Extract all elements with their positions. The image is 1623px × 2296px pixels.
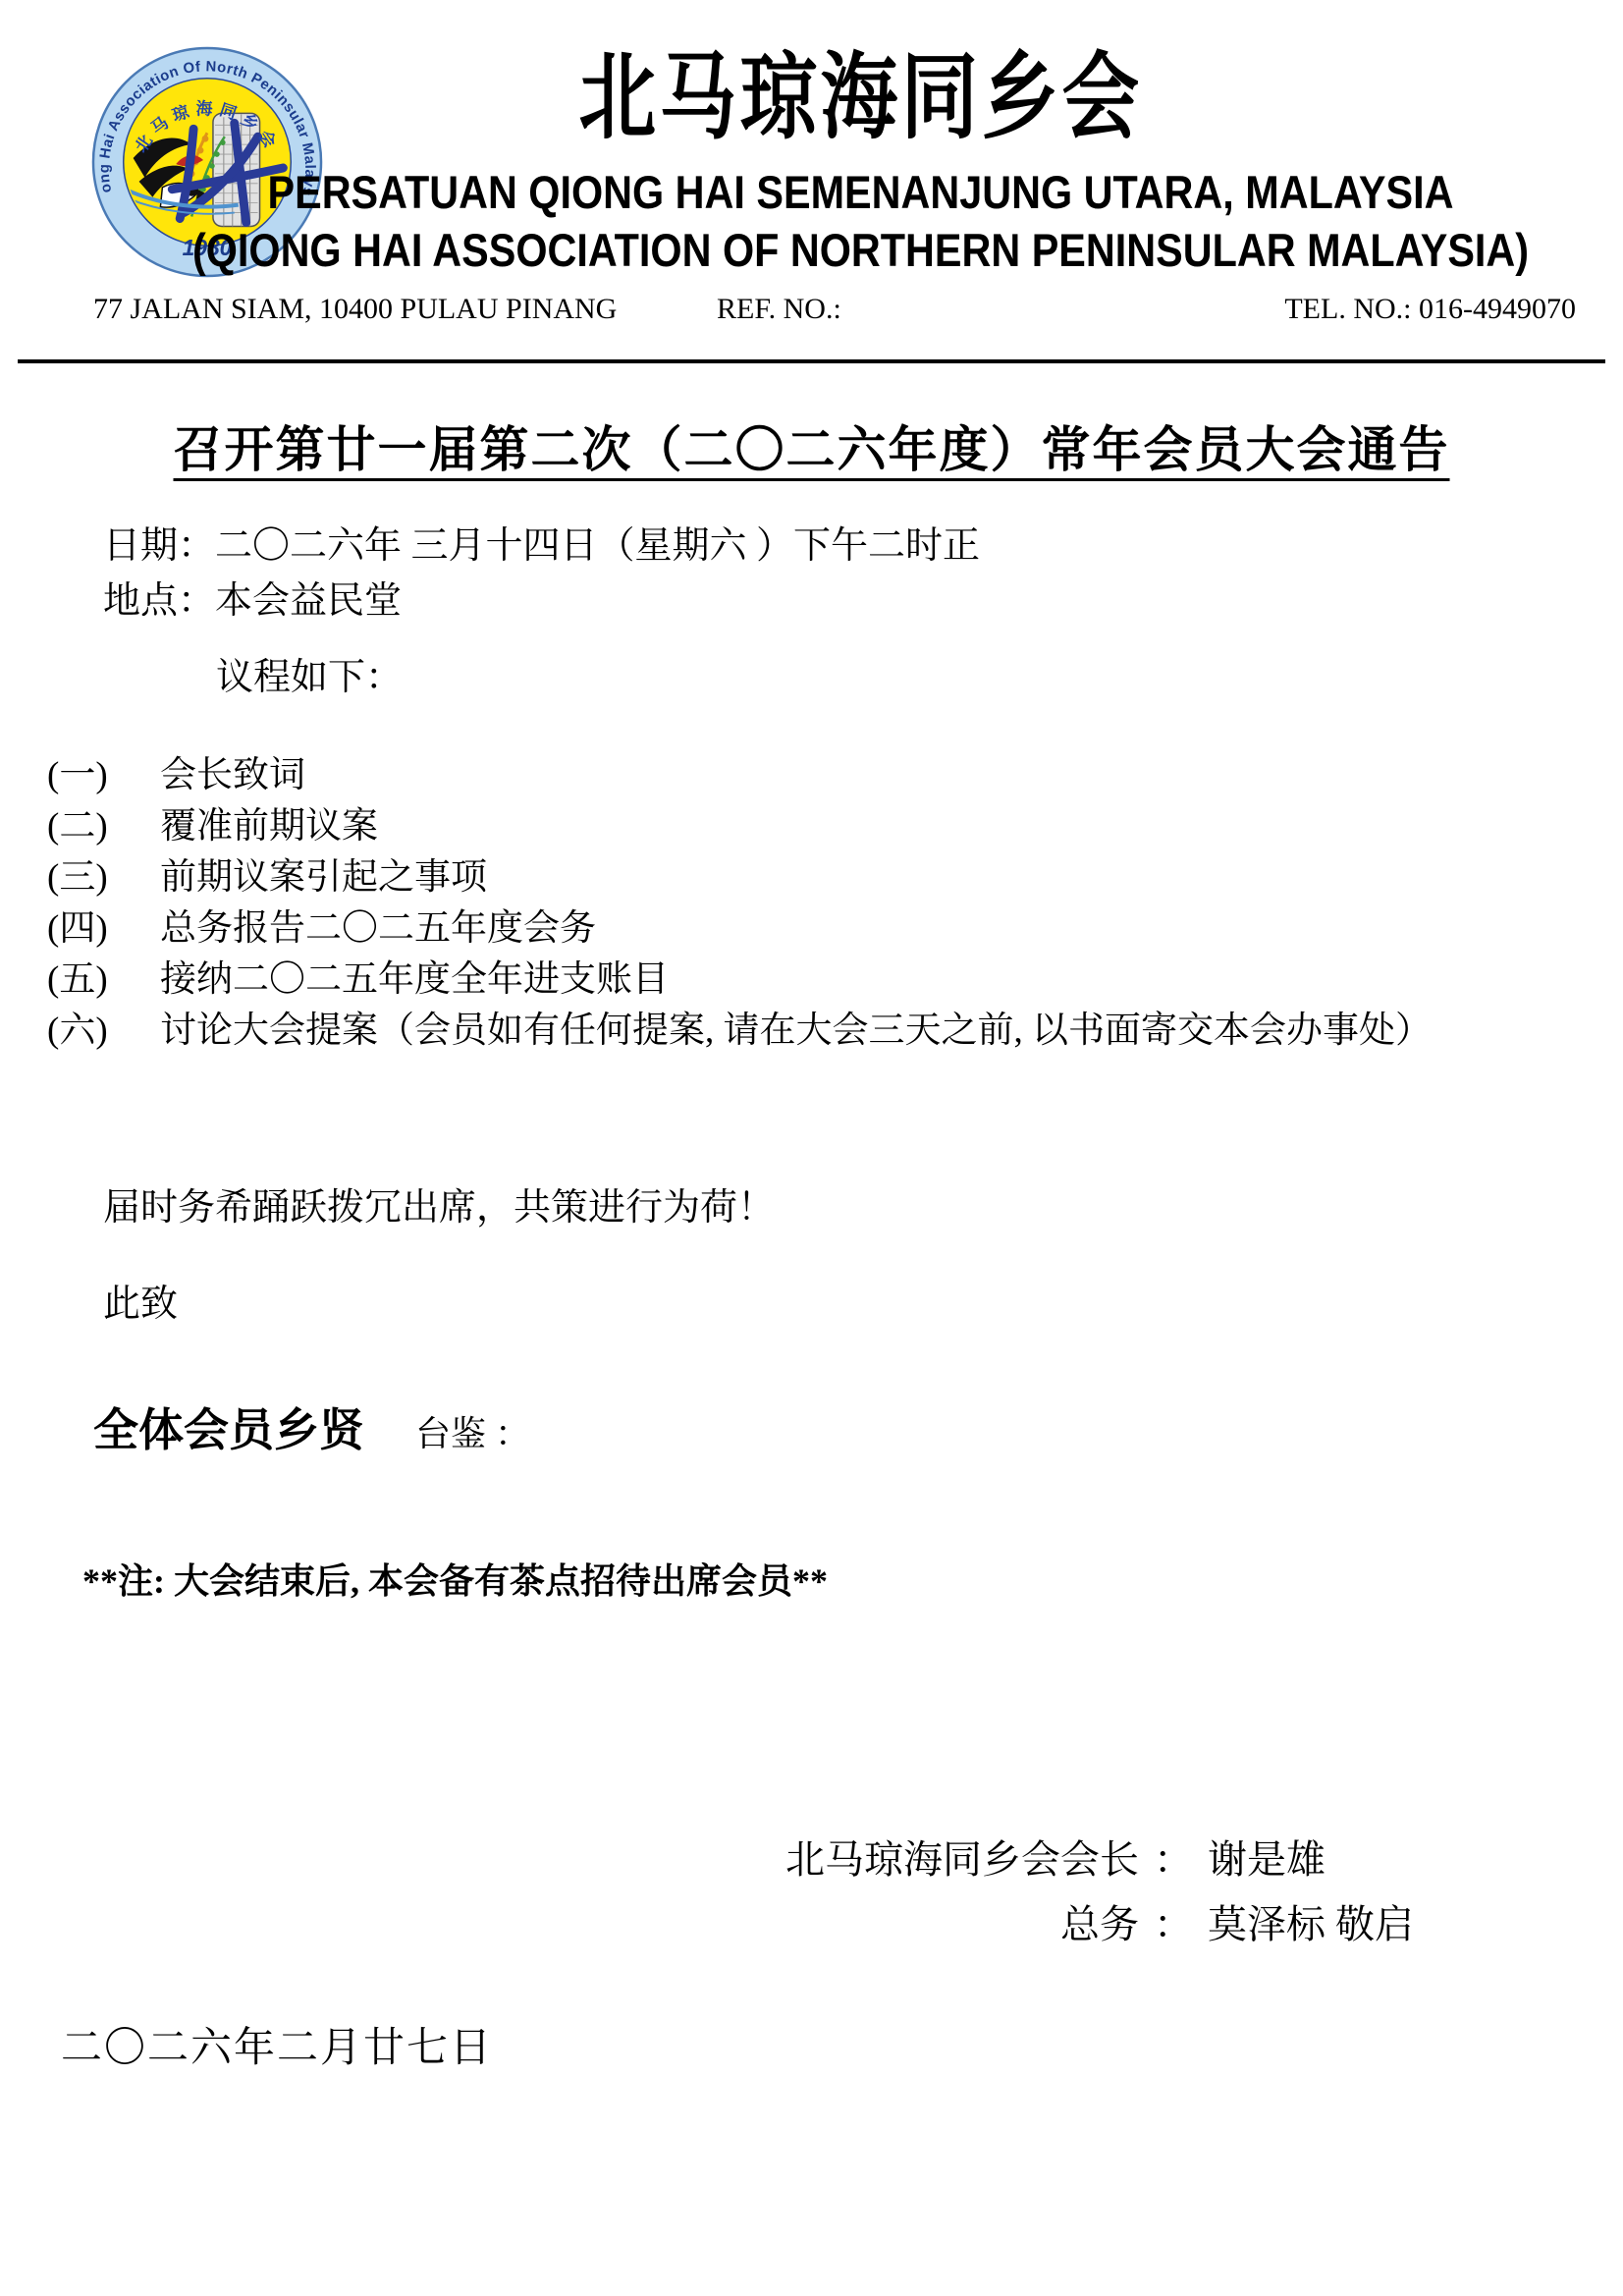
document-page: Qiong Hai Association Of North Peninsula… [0, 0, 1623, 2296]
addressee-suffix: 台鉴 ： [415, 1414, 530, 1453]
meeting-venue-line: 地点：本会益民堂 [103, 570, 980, 625]
signature-block: 北马琼海同乡会会长 ： 谢是雄 总务 ： 莫泽标 敬启 [687, 1829, 1414, 1958]
association-name-chinese: 北马琼海同乡会 [236, 39, 1486, 157]
agenda-heading: 议程如下： [216, 646, 403, 700]
meeting-meta: 日期：二〇二六年 三月十四日（星期六 ）下午二时正 地点：本会益民堂 [103, 515, 980, 625]
date-label: 日期： [103, 525, 215, 567]
signature-role: 北马琼海同乡会会长 [687, 1829, 1139, 1893]
signature-colon: ： [1139, 1893, 1208, 1958]
venue-label: 地点： [103, 580, 215, 622]
agenda-list: (一) 会长致词 (二) 覆准前期议案 (三) 前期议案引起之事项 (四) 总务… [47, 744, 1584, 1051]
agenda-item-text: 讨论大会提案（会员如有任何提案, 请在大会三天之前, 以书面寄交本会办事处） [160, 1000, 1432, 1051]
letterhead: 北马琼海同乡会 PERSATUAN QIONG HAI SEMENANJUNG … [98, 39, 1623, 273]
date-value: 二〇二六年 三月十四日（星期六 ）下午二时正 [215, 525, 980, 567]
agenda-item-text: 前期议案引起之事项 [160, 847, 487, 898]
addressee-line: 全体会员乡贤台鉴 ： [93, 1394, 530, 1459]
contact-row: 77 JALAN SIAM, 10400 PULAU PINANG REF. N… [93, 293, 1576, 332]
agenda-item: (四) 总务报告二〇二五年度会务 [47, 898, 1584, 949]
agenda-item-text: 总务报告二〇二五年度会务 [160, 898, 596, 949]
salute: 此致 [103, 1273, 178, 1327]
divider-line [18, 359, 1605, 363]
agenda-item-number: (五) [47, 949, 160, 1000]
signature-colon: ： [1139, 1829, 1208, 1893]
agenda-item-number: (四) [47, 898, 160, 949]
meeting-date-line: 日期：二〇二六年 三月十四日（星期六 ）下午二时正 [103, 515, 980, 570]
agenda-item: (六) 讨论大会提案（会员如有任何提案, 请在大会三天之前, 以书面寄交本会办事… [47, 1000, 1584, 1051]
agenda-item: (二) 覆准前期议案 [47, 795, 1584, 847]
agenda-item-number: (三) [47, 847, 160, 898]
closing-line: 届时务希踊跃拨冗出席，共策进行为荷！ [103, 1176, 775, 1230]
tel-no: TEL. NO.: 016-4949070 [1284, 293, 1576, 326]
signature-row: 总务 ： 莫泽标 敬启 [687, 1893, 1414, 1958]
agenda-item-text: 接纳二〇二五年度全年进支账目 [160, 949, 669, 1000]
agenda-item-number: (六) [47, 1000, 160, 1051]
refreshments-note: **注: 大会结束后, 本会备有茶点招待出席会员** [82, 1554, 828, 1604]
signature-role: 总务 [687, 1893, 1139, 1958]
notice-title: 召开第廿一届第二次（二〇二六年度）常年会员大会通告 [174, 422, 1450, 477]
agenda-item-number: (一) [47, 744, 160, 795]
signature-name: 莫泽标 敬启 [1208, 1893, 1414, 1958]
agenda-item-number: (二) [47, 795, 160, 847]
agenda-item: (五) 接纳二〇二五年度全年进支账目 [47, 949, 1584, 1000]
signature-row: 北马琼海同乡会会长 ： 谢是雄 [687, 1829, 1414, 1893]
issue-date: 二〇二六年二月廿七日 [61, 2015, 493, 2074]
notice-title-row: 召开第廿一届第二次（二〇二六年度）常年会员大会通告 [0, 410, 1623, 481]
addressee: 全体会员乡贤 [93, 1405, 364, 1455]
agenda-item: (一) 会长致词 [47, 744, 1584, 795]
association-address: 77 JALAN SIAM, 10400 PULAU PINANG [93, 293, 617, 326]
agenda-item-text: 会长致词 [160, 744, 305, 795]
agenda-item-text: 覆准前期议案 [160, 795, 378, 847]
signature-name: 谢是雄 [1208, 1829, 1414, 1893]
agenda-item: (三) 前期议案引起之事项 [47, 847, 1584, 898]
venue-value: 本会益民堂 [215, 580, 402, 622]
association-name-english: (QIONG HAI ASSOCIATION OF NORTHERN PENIN… [189, 227, 1532, 273]
ref-no-label: REF. NO.: [717, 293, 841, 326]
association-name-malay: PERSATUAN QIONG HAI SEMENANJUNG UTARA, M… [189, 169, 1532, 215]
